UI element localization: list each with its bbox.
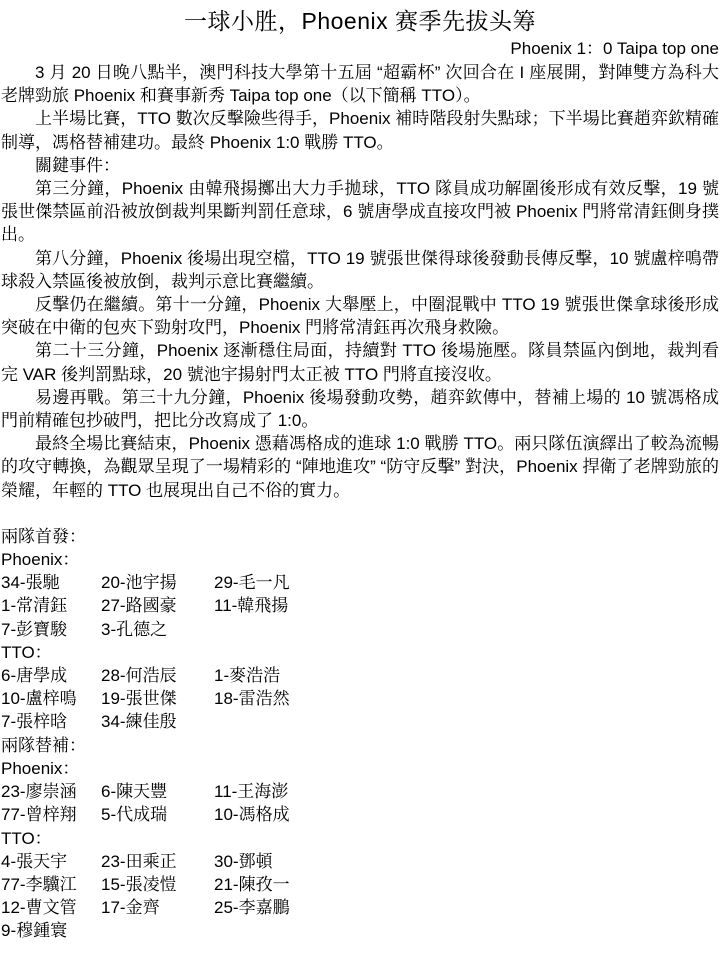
lineup-row: 4-張天宇 23-田乘正 30-鄧頓: [1, 850, 719, 873]
player-entry: 25-李嘉鵬: [214, 896, 719, 919]
player-entry: 21-陳孜一: [214, 873, 719, 896]
player-entry: 30-鄧頓: [214, 850, 719, 873]
article-paragraph: 反擊仍在繼續。第十一分鐘，Phoenix 大舉壓上，中圈混戰中 TTO 19 號…: [1, 293, 719, 339]
lineup-row: 6-唐學成 28-何浩辰 1-麥浩浩: [1, 664, 719, 687]
player-entry: 5-代成瑞: [101, 803, 214, 826]
player-entry: 7-彭寶駿: [1, 618, 101, 641]
article-title: 一球小胜，Phoenix 赛季先拔头筹: [1, 5, 719, 37]
player-entry: [101, 919, 214, 942]
player-entry: 11-王海澎: [214, 780, 719, 803]
player-entry: 20-池宇揚: [101, 571, 214, 594]
article-paragraph: 易邊再戰。第三十九分鐘，Phoenix 後場發動攻勢，趙弈欽傳中，替補上場的 1…: [1, 386, 719, 432]
player-entry: 3-孔德之: [101, 618, 214, 641]
player-entry: 10-盧梓鳴: [1, 687, 101, 710]
player-entry: 15-張凌愷: [101, 873, 214, 896]
lineup-row: 1-常清鈺 27-路國豪 11-韓飛揚: [1, 594, 719, 617]
lineup-team-label-phoenix: Phoenix：: [1, 757, 719, 780]
article-paragraph-key-events: 關鍵事件：: [1, 154, 719, 177]
article-paragraph: 3 月 20 日晚八點半，澳門科技大學第十五屆 “超霸杯” 次回合在 I 座展開…: [1, 61, 719, 107]
player-entry: 19-張世傑: [101, 687, 214, 710]
player-entry: 27-路國豪: [101, 594, 214, 617]
player-entry: 11-韓飛揚: [214, 594, 719, 617]
player-entry: 18-雷浩然: [214, 687, 719, 710]
lineup-row: 12-曹文管 17-金齊 25-李嘉鵬: [1, 896, 719, 919]
player-entry: 4-張天宇: [1, 850, 101, 873]
lineup-team-label-phoenix: Phoenix：: [1, 548, 719, 571]
lineup-row: 77-李驥江 15-張凌愷 21-陳孜一: [1, 873, 719, 896]
article-paragraph: 第八分鐘，Phoenix 後場出現空檔，TTO 19 號張世傑得球後發動長傳反擊…: [1, 247, 719, 293]
lineup-team-label-tto: TTO：: [1, 641, 719, 664]
lineup-row: 7-彭寶駿 3-孔德之: [1, 618, 719, 641]
article-body: 3 月 20 日晚八點半，澳門科技大學第十五屆 “超霸杯” 次回合在 I 座展開…: [1, 61, 719, 502]
lineup-subs-heading: 兩隊替補：: [1, 734, 719, 757]
player-entry: 23-田乘正: [101, 850, 214, 873]
player-entry: 10-馮格成: [214, 803, 719, 826]
player-entry: 6-唐學成: [1, 664, 101, 687]
article-paragraph: 第三分鐘，Phoenix 由韓飛揚擲出大力手拋球，TTO 隊員成功解圍後形成有效…: [1, 177, 719, 247]
lineup-row: 34-張馳 20-池宇揚 29-毛一凡: [1, 571, 719, 594]
article-paragraph: 第二十三分鐘，Phoenix 逐漸穩住局面，持續對 TTO 後場施壓。隊員禁區內…: [1, 339, 719, 385]
player-entry: 29-毛一凡: [214, 571, 719, 594]
document-page: 一球小胜，Phoenix 赛季先拔头筹 Phoenix 1：0 Taipa to…: [0, 0, 720, 980]
player-entry: [214, 710, 719, 733]
article-paragraph: 最終全場比賽結束，Phoenix 憑藉馮格成的進球 1:0 戰勝 TTO。兩只隊…: [1, 432, 719, 502]
player-entry: 77-曾梓翔: [1, 803, 101, 826]
lineup-starters-heading: 兩隊首發：: [1, 525, 719, 548]
player-entry: 7-張梓晗: [1, 710, 101, 733]
lineup-section: 兩隊首發： Phoenix： 34-張馳 20-池宇揚 29-毛一凡 1-常清鈺…: [1, 525, 719, 943]
score-line: Phoenix 1：0 Taipa top one: [1, 37, 719, 61]
lineup-row: 7-張梓晗 34-練佳殷: [1, 710, 719, 733]
lineup-row: 23-廖崇涵 6-陳天豐 11-王海澎: [1, 780, 719, 803]
lineup-row: 10-盧梓鳴 19-張世傑 18-雷浩然: [1, 687, 719, 710]
player-entry: 34-張馳: [1, 571, 101, 594]
lineup-row: 77-曾梓翔 5-代成瑞 10-馮格成: [1, 803, 719, 826]
player-entry: 1-麥浩浩: [214, 664, 719, 687]
player-entry: 34-練佳殷: [101, 710, 214, 733]
player-entry: 77-李驥江: [1, 873, 101, 896]
player-entry: 12-曹文管: [1, 896, 101, 919]
player-entry: 17-金齊: [101, 896, 214, 919]
lineup-row: 9-穆鍾寰: [1, 919, 719, 942]
player-entry: [214, 919, 719, 942]
player-entry: [214, 618, 719, 641]
player-entry: 1-常清鈺: [1, 594, 101, 617]
lineup-team-label-tto: TTO：: [1, 827, 719, 850]
player-entry: 28-何浩辰: [101, 664, 214, 687]
article-paragraph: 上半場比賽，TTO 數次反擊險些得手，Phoenix 補時階段射失點球；下半場比…: [1, 107, 719, 153]
player-entry: 9-穆鍾寰: [1, 919, 101, 942]
blank-line: [1, 502, 719, 525]
player-entry: 23-廖崇涵: [1, 780, 101, 803]
player-entry: 6-陳天豐: [101, 780, 214, 803]
